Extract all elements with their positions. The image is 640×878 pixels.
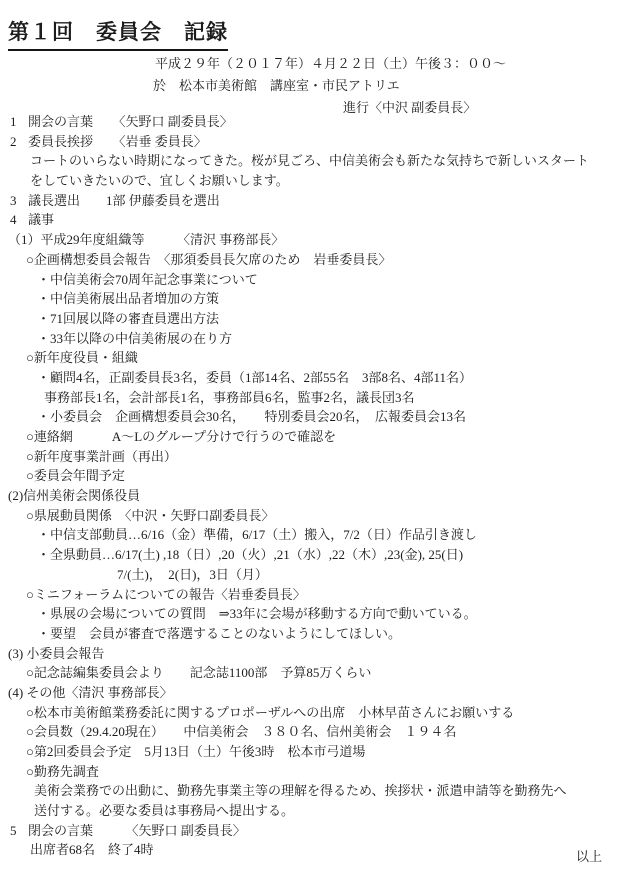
meeting-datetime: 平成２９年（２０１７年）４月２２日（土）午後３：００～ [155, 53, 506, 72]
line-text: 事務部長1名，会計部長1名，事務部員6名，監事2名，議長団3名 [44, 390, 415, 405]
document-line: 1開会の言葉 〈矢野口 副委員長〉 [0, 112, 640, 132]
document-line: ・中信美術展出品者増加の方策 [0, 289, 640, 309]
meeting-minutes-document: 第１回 委員会 記録 平成２９年（２０１７年）４月２２日（土）午後３：００～ 於… [0, 0, 640, 878]
document-line: 事務部長1名，会計部長1名，事務部員6名，監事2名，議長団3名 [0, 388, 640, 408]
line-text: 美術会業務での出動に、勤務先事業主等の理解を得るため、挨拶状・派遣申請等を勤務先… [34, 783, 566, 798]
line-text: ・要望 会員が審査で落選することのないようにしてほしい。 [37, 626, 401, 641]
document-line: 送付する。必要な委員は事務局へ提出する。 [0, 801, 640, 821]
document-line: ○企画構想委員会報告 〈那須委員長欠席のため 岩垂委員長〉 [0, 250, 640, 270]
document-line: ○新年度事業計画（再出） [0, 447, 640, 467]
document-line: ・顧問4名，正副委員長3名，委員（1部14名、2部55名 3部8名、4部11名） [0, 368, 640, 388]
document-line: ・要望 会員が審査で落選することのないようにしてほしい。 [0, 624, 640, 644]
document-line: 7/(土)， 2(日)，3日（月） [0, 565, 640, 585]
line-text: ○企画構想委員会報告 〈那須委員長欠席のため 岩垂委員長〉 [26, 252, 391, 267]
line-text: ○ミニフォーラムについての報告〈岩垂委員長〉 [26, 587, 306, 602]
line-text: (3) 小委員会報告 [8, 646, 104, 661]
document-line: ○委員会年間予定 [0, 466, 640, 486]
document-line: ・中信美術会70周年記念事業について [0, 270, 640, 290]
document-line: ○第2回委員会予定 5月13日（土）午後3時 松本市弓道場 [0, 742, 640, 762]
document-line: 4議事 [0, 210, 640, 230]
line-text: （1）平成29年度組織等 〈清沢 事務部長〉 [8, 232, 284, 247]
line-text: ・中信美術展出品者増加の方策 [37, 291, 219, 306]
item-number: 4 [10, 210, 17, 230]
line-text: ・33年以降の中信美術展の在り方 [37, 331, 232, 346]
line-text: 開会の言葉 〈矢野口 副委員長〉 [28, 114, 233, 129]
line-text: (2)信州美術会関係役員 [8, 488, 140, 503]
line-text: ・小委員会 企画構想委員会30名， 特別委員会20名， 広報委員会13名 [37, 409, 466, 424]
line-text: ○勤務先調査 [26, 764, 99, 779]
item-number: 3 [10, 191, 17, 211]
document-line: ・中信支部動員…6/16（金）準備，6/17（土）搬入，7/2（日）作品引き渡し [0, 525, 640, 545]
document-line: ○ミニフォーラムについての報告〈岩垂委員長〉 [0, 585, 640, 605]
line-text: ○記念誌編集委員会より 記念誌1100部 予算85万くらい [26, 665, 371, 680]
line-text: 7/(土)， 2(日)，3日（月） [117, 567, 268, 582]
line-text: ○県展動員関係 〈中沢・矢野口副委員長〉 [26, 508, 274, 523]
document-line: ○勤務先調査 [0, 762, 640, 782]
line-text: をしていきたいので、宜しくお願いします。 [30, 173, 289, 188]
document-line: コートのいらない時期になってきた。桜が見ごろ、中信美術会も新たな気持ちで新しいス… [0, 151, 640, 171]
document-line: ○連絡網 A～Lのグループ分けで行うので確認を [0, 427, 640, 447]
document-line: 5閉会の言葉 〈矢野口 副委員長〉 [0, 821, 640, 841]
line-text: (4) その他〈清沢 事務部長〉 [8, 685, 173, 700]
line-text: 議事 [28, 212, 54, 227]
document-line: ・全県動員…6/17(土) ,18（日）,20（火）,21（水）,22（木）,2… [0, 545, 640, 565]
document-line: ○松本市美術館業務委託に関するプロポーザルへの出席 小林早苗さんにお願いする [0, 703, 640, 723]
document-line: 2委員長挨拶 〈岩垂 委員長〉 [0, 132, 640, 152]
document-line: (4) その他〈清沢 事務部長〉 [0, 683, 640, 703]
document-lines: 1開会の言葉 〈矢野口 副委員長〉2委員長挨拶 〈岩垂 委員長〉コートのいらない… [0, 112, 640, 860]
document-line: ・71回展以降の審査員選出方法 [0, 309, 640, 329]
document-line: 3議長選出 1部 伊藤委員を選出 [0, 191, 640, 211]
line-text: ○第2回委員会予定 5月13日（土）午後3時 松本市弓道場 [26, 744, 365, 759]
line-text: ・中信支部動員…6/16（金）準備，6/17（土）搬入，7/2（日）作品引き渡し [37, 527, 477, 542]
line-text: ○松本市美術館業務委託に関するプロポーザルへの出席 小林早苗さんにお願いする [26, 705, 514, 720]
meeting-venue: 於 松本市美術館 講座室・市民アトリエ [153, 75, 400, 94]
document-line: ○県展動員関係 〈中沢・矢野口副委員長〉 [0, 506, 640, 526]
line-text: ○新年度役員・組織 [26, 350, 138, 365]
closing-mark: 以上 [576, 846, 602, 865]
line-text: 出席者68名 終了4時 [30, 842, 154, 857]
line-text: ・県展の会場についての質問 ⇒33年に会場が移動する方向で動いている。 [37, 606, 477, 621]
line-text: 議長選出 1部 伊藤委員を選出 [28, 193, 220, 208]
line-text: コートのいらない時期になってきた。桜が見ごろ、中信美術会も新たな気持ちで新しいス… [30, 153, 589, 168]
line-text: ・全県動員…6/17(土) ,18（日）,20（火）,21（水）,22（木）,2… [37, 547, 463, 562]
document-line: ○新年度役員・組織 [0, 348, 640, 368]
line-text: ・顧問4名，正副委員長3名，委員（1部14名、2部55名 3部8名、4部11名） [37, 370, 472, 385]
line-text: 閉会の言葉 〈矢野口 副委員長〉 [28, 823, 246, 838]
document-title: 第１回 委員会 記録 [8, 16, 228, 51]
document-line: (2)信州美術会関係役員 [0, 486, 640, 506]
document-line: をしていきたいので、宜しくお願いします。 [0, 171, 640, 191]
document-line: ○記念誌編集委員会より 記念誌1100部 予算85万くらい [0, 663, 640, 683]
document-line: ・小委員会 企画構想委員会30名， 特別委員会20名， 広報委員会13名 [0, 407, 640, 427]
line-text: ○新年度事業計画（再出） [26, 449, 177, 464]
document-line: ・33年以降の中信美術展の在り方 [0, 329, 640, 349]
line-text: ○委員会年間予定 [26, 468, 125, 483]
document-line: ・県展の会場についての質問 ⇒33年に会場が移動する方向で動いている。 [0, 604, 640, 624]
line-text: ○連絡網 A～Lのグループ分けで行うので確認を [26, 429, 336, 444]
item-number: 5 [10, 821, 17, 841]
line-text: ・中信美術会70周年記念事業について [37, 272, 258, 287]
document-line: 美術会業務での出動に、勤務先事業主等の理解を得るため、挨拶状・派遣申請等を勤務先… [0, 781, 640, 801]
line-text: 委員長挨拶 〈岩垂 委員長〉 [28, 134, 207, 149]
document-line: （1）平成29年度組織等 〈清沢 事務部長〉 [0, 230, 640, 250]
item-number: 2 [10, 132, 17, 152]
document-line: 出席者68名 終了4時 [0, 840, 640, 860]
item-number: 1 [10, 112, 17, 132]
document-line: (3) 小委員会報告 [0, 644, 640, 664]
line-text: ・71回展以降の審査員選出方法 [37, 311, 219, 326]
line-text: 送付する。必要な委員は事務局へ提出する。 [34, 803, 294, 818]
document-line: ○会員数（29.4.20現在） 中信美術会 ３８０名、信州美術会 １９４名 [0, 722, 640, 742]
line-text: ○会員数（29.4.20現在） 中信美術会 ３８０名、信州美術会 １９４名 [26, 724, 456, 739]
